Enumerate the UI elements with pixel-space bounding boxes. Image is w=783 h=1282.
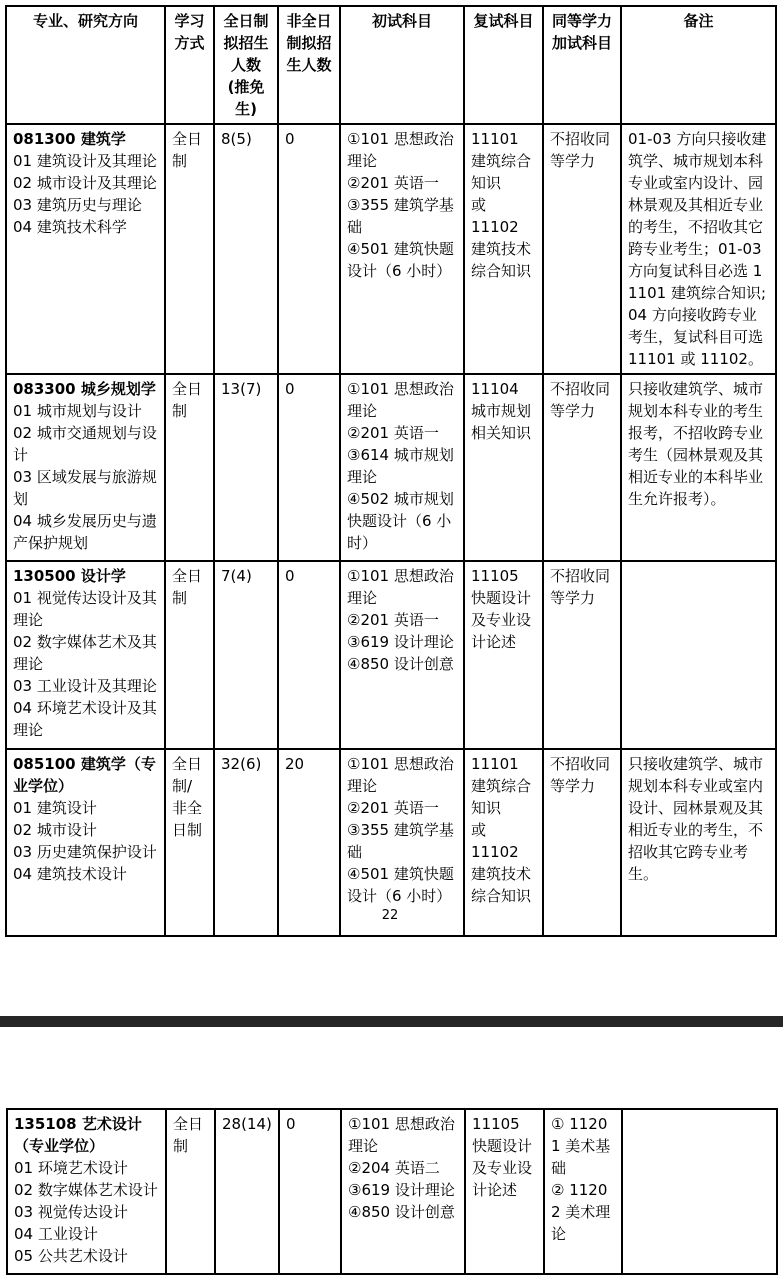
major-directions: 01 城市规划与设计 02 城市交通规划与设计 03 区域发展与旅游规划 04 … bbox=[13, 400, 158, 554]
major-cell: 083300 城乡规划学01 城市规划与设计 02 城市交通规划与设计 03 区… bbox=[6, 374, 165, 561]
table-row: 081300 建筑学01 建筑设计及其理论 02 城市设计及其理论 03 建筑历… bbox=[6, 124, 776, 374]
study-mode-cell: 全日制 bbox=[165, 561, 214, 749]
retest-subjects-cell: 11104 城市规划相关知识 bbox=[464, 374, 543, 561]
header-row: 专业、研究方向 学习方式 全日制拟招生人数(推免生) 非全日制拟招生人数 初试科… bbox=[6, 6, 776, 124]
fulltime-quota-cell: 7(4) bbox=[214, 561, 278, 749]
retest-subjects-cell: 11105 快题设计及专业设计论述 bbox=[464, 561, 543, 749]
header-equivalency-subjects: 同等学力加试科目 bbox=[543, 6, 621, 124]
major-directions: 01 环境艺术设计 02 数字媒体艺术设计 03 视觉传达设计 04 工业设计 … bbox=[14, 1157, 159, 1267]
parttime-quota-cell: 0 bbox=[278, 374, 340, 561]
initial-subjects-cell: ①101 思想政治理论 ②201 英语一 ③614 城市规划理论 ④502 城市… bbox=[340, 374, 464, 561]
major-cell: 081300 建筑学01 建筑设计及其理论 02 城市设计及其理论 03 建筑历… bbox=[6, 124, 165, 374]
retest-subjects-cell: 11101 建筑综合知识 或 11102 建筑技术综合知识 bbox=[464, 124, 543, 374]
equivalency-subjects-cell: 不招收同等学力 bbox=[543, 561, 621, 749]
major-cell: 135108 艺术设计（专业学位）01 环境艺术设计 02 数字媒体艺术设计 0… bbox=[7, 1109, 166, 1274]
initial-subjects-cell: ①101 思想政治理论 ②201 英语一 ③355 建筑学基础 ④501 建筑快… bbox=[340, 124, 464, 374]
parttime-quota-cell: 0 bbox=[279, 1109, 341, 1274]
table-row: 135108 艺术设计（专业学位）01 环境艺术设计 02 数字媒体艺术设计 0… bbox=[7, 1109, 777, 1274]
table-row: 083300 城乡规划学01 城市规划与设计 02 城市交通规划与设计 03 区… bbox=[6, 374, 776, 561]
remarks-cell: 只接收建筑学、城市规划本科专业的考生报考，不招收跨专业考生（园林景观及其相近专业… bbox=[621, 374, 776, 561]
retest-subjects-cell: 11105 快题设计及专业设计论述 bbox=[465, 1109, 544, 1274]
header-study-mode: 学习方式 bbox=[165, 6, 214, 124]
admissions-table-page2: 135108 艺术设计（专业学位）01 环境艺术设计 02 数字媒体艺术设计 0… bbox=[6, 1108, 778, 1275]
equivalency-subjects-cell: 不招收同等学力 bbox=[543, 124, 621, 374]
initial-subjects-cell: ①101 思想政治理论 ②201 英语一 ③619 设计理论 ④850 设计创意 bbox=[340, 561, 464, 749]
parttime-quota-cell: 0 bbox=[278, 124, 340, 374]
major-directions: 01 建筑设计 02 城市设计 03 历史建筑保护设计 04 建筑技术设计 bbox=[13, 797, 158, 885]
major-code: 083300 城乡规划学 bbox=[13, 378, 158, 400]
admissions-table-page1: 专业、研究方向 学习方式 全日制拟招生人数(推免生) 非全日制拟招生人数 初试科… bbox=[5, 5, 777, 937]
major-cell: 130500 设计学01 视觉传达设计及其理论 02 数字媒体艺术及其理论 03… bbox=[6, 561, 165, 749]
page-divider-bar bbox=[0, 1016, 783, 1027]
equivalency-subjects-cell: 不招收同等学力 bbox=[543, 374, 621, 561]
study-mode-cell: 全日制 bbox=[166, 1109, 215, 1274]
major-directions: 01 视觉传达设计及其理论 02 数字媒体艺术及其理论 03 工业设计及其理论 … bbox=[13, 587, 158, 741]
header-remarks: 备注 bbox=[621, 6, 776, 124]
header-parttime-quota: 非全日制拟招生人数 bbox=[278, 6, 340, 124]
parttime-quota-cell: 0 bbox=[278, 561, 340, 749]
major-code: 081300 建筑学 bbox=[13, 128, 158, 150]
header-fulltime-quota: 全日制拟招生人数(推免生) bbox=[214, 6, 278, 124]
major-directions: 01 建筑设计及其理论 02 城市设计及其理论 03 建筑历史与理论 04 建筑… bbox=[13, 150, 158, 238]
fulltime-quota-cell: 8(5) bbox=[214, 124, 278, 374]
header-major: 专业、研究方向 bbox=[6, 6, 165, 124]
remarks-cell bbox=[621, 561, 776, 749]
equivalency-subjects-cell: ① 11201 美术基础 ② 11202 美术理论 bbox=[544, 1109, 622, 1274]
fulltime-quota-cell: 13(7) bbox=[214, 374, 278, 561]
study-mode-cell: 全日制 bbox=[165, 124, 214, 374]
table-row: 130500 设计学01 视觉传达设计及其理论 02 数字媒体艺术及其理论 03… bbox=[6, 561, 776, 749]
header-retest-subjects: 复试科目 bbox=[464, 6, 543, 124]
initial-subjects-cell: ①101 思想政治理论 ②204 英语二 ③619 设计理论 ④850 设计创意 bbox=[341, 1109, 465, 1274]
header-initial-subjects: 初试科目 bbox=[340, 6, 464, 124]
major-code: 085100 建筑学（专业学位） bbox=[13, 753, 158, 797]
remarks-cell: 01-03 方向只接收建筑学、城市规划本科专业或室内设计、园林景观及其相近专业的… bbox=[621, 124, 776, 374]
fulltime-quota-cell: 28(14) bbox=[215, 1109, 279, 1274]
major-code: 135108 艺术设计（专业学位） bbox=[14, 1113, 159, 1157]
document-page: 专业、研究方向 学习方式 全日制拟招生人数(推免生) 非全日制拟招生人数 初试科… bbox=[0, 0, 783, 1282]
remarks-cell bbox=[622, 1109, 777, 1274]
page-number: 22 bbox=[5, 908, 775, 924]
major-code: 130500 设计学 bbox=[13, 565, 158, 587]
study-mode-cell: 全日制 bbox=[165, 374, 214, 561]
